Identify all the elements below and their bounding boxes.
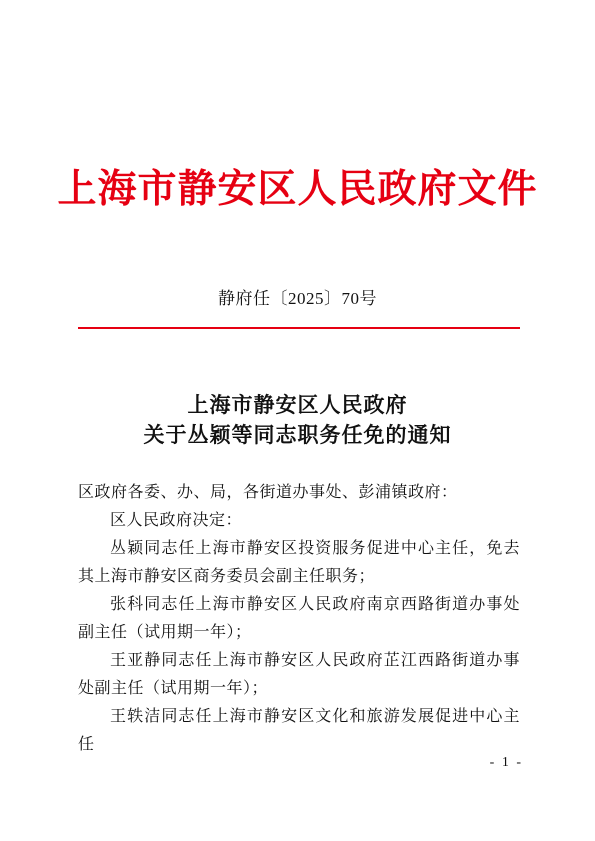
- notice-title-line2: 关于丛颖等同志职务任免的通知: [0, 420, 595, 450]
- document-reference-number: 静府任〔2025〕70号: [0, 284, 595, 309]
- appointment-item-1: 丛颖同志任上海市静安区投资服务促进中心主任，免去其上海市静安区商务委员会副主任职…: [78, 535, 520, 591]
- appointment-item-4: 王轶洁同志任上海市静安区文化和旅游发展促进中心主任: [78, 703, 520, 759]
- document-page: 上海市静安区人民政府文件 静府任〔2025〕70号 上海市静安区人民政府 关于丛…: [0, 0, 595, 841]
- notice-title-line1: 上海市静安区人民政府: [0, 390, 595, 420]
- page-number: - 1 -: [490, 755, 523, 771]
- appointment-item-2: 张科同志任上海市静安区人民政府南京西路街道办事处副主任（试用期一年）；: [78, 591, 520, 647]
- red-separator-line: [78, 327, 520, 329]
- addressee-line: 区政府各委、办、局，各街道办事处、彭浦镇政府：: [78, 479, 520, 507]
- notice-title: 上海市静安区人民政府 关于丛颖等同志职务任免的通知: [0, 390, 595, 450]
- red-header-title: 上海市静安区人民政府文件: [0, 166, 595, 214]
- appointment-item-3: 王亚静同志任上海市静安区人民政府芷江西路街道办事处副主任（试用期一年）；: [78, 647, 520, 703]
- document-body: 区政府各委、办、局，各街道办事处、彭浦镇政府： 区人民政府决定： 丛颖同志任上海…: [78, 479, 520, 759]
- decision-intro-line: 区人民政府决定：: [78, 507, 520, 535]
